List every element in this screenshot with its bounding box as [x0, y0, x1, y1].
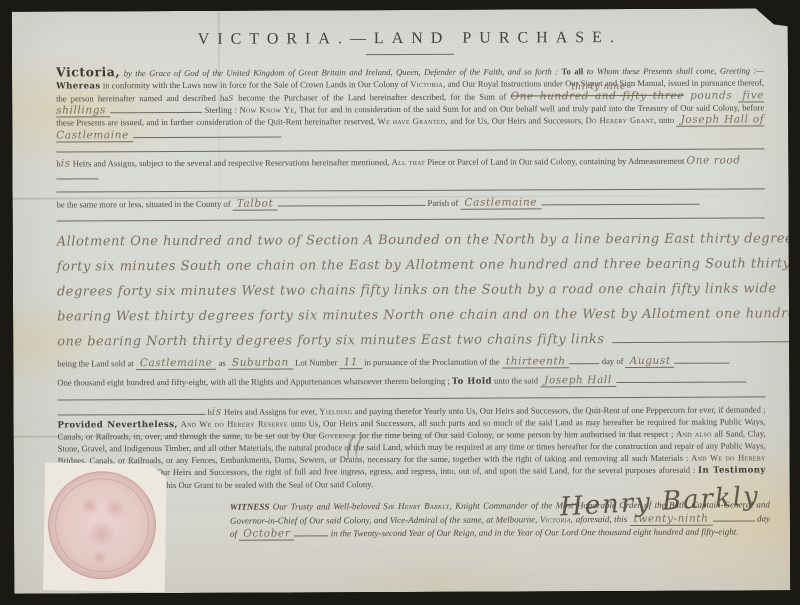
- blank-underline: [570, 355, 600, 364]
- preamble-paragraph: Victoria, by the Grace of God of the Uni…: [56, 63, 764, 142]
- text-segment: To all: [562, 66, 584, 76]
- document-content: VICTORIA.—LAND PURCHASE. Victoria, by th…: [12, 8, 790, 542]
- section-rule: [57, 396, 765, 400]
- text-segment: be the same more or less, situated in th…: [57, 199, 233, 210]
- text-segment: unto Us, Our Heirs and Successors, the r…: [121, 464, 698, 477]
- text-segment: is: [212, 406, 222, 418]
- blank-underline: [675, 355, 730, 364]
- text-segment: Sterling :: [202, 105, 239, 115]
- text-segment: Victoria,: [56, 64, 120, 79]
- blank-underline: [712, 512, 754, 521]
- land-grant-document: VICTORIA.—LAND PURCHASE. Victoria, by th…: [12, 8, 791, 593]
- handwritten-line: Allotment One hundred and two of Section…: [57, 227, 765, 255]
- text-segment: WITNESS: [230, 502, 270, 512]
- text-segment: and paying therefor Yearly unto Us, Our …: [352, 404, 765, 416]
- text-segment: Heirs and Assigns for ever,: [222, 406, 320, 416]
- blank-underline: [57, 406, 205, 416]
- embossed-seal-paper: [43, 462, 167, 592]
- blank-underline: [133, 129, 281, 139]
- text-segment: in conformity with the Laws now in force…: [101, 79, 411, 90]
- text-segment: Lot Number: [293, 357, 340, 367]
- text-segment: Parish of: [425, 198, 460, 208]
- text-segment: Piece or Parcel of Land in Our said Colo…: [425, 156, 687, 167]
- text-segment: All that: [392, 157, 425, 167]
- handwritten-line: forty six minutes South one chain on the…: [57, 252, 765, 280]
- document-title: VICTORIA.—LAND PURCHASE.: [56, 28, 764, 49]
- text-segment: being the Land sold at: [57, 358, 136, 368]
- text-segment: in the Twenty-second Year of Our Reign, …: [328, 527, 738, 539]
- text-segment: 11: [339, 356, 362, 369]
- section-rule: [57, 218, 765, 222]
- title-rule: [366, 54, 454, 55]
- text-segment: We have Granted,: [378, 116, 448, 126]
- county-parish-line: be the same more or less, situated in th…: [57, 196, 765, 212]
- text-segment: unto: [656, 115, 676, 125]
- to-hold-line: One thousand eight hundred and fifty-eig…: [57, 373, 765, 390]
- embossed-seal-circle: [47, 470, 157, 580]
- text-segment: Provided Nevertheless,: [58, 420, 178, 431]
- text-segment: for the time being of Our said Colony, o…: [356, 429, 676, 440]
- photo-background: VICTORIA.—LAND PURCHASE. Victoria, by th…: [0, 0, 800, 605]
- text-segment: Joseph Hall: [540, 374, 616, 387]
- text-segment: One hundred and fifty threethirty nine: [510, 89, 684, 102]
- text-segment: And We do Hereby Reserve: [181, 418, 288, 428]
- text-segment: Victoria,: [410, 79, 445, 89]
- handwritten-line: one bearing North thirty degrees forty s…: [57, 327, 765, 355]
- text-segment: Whereas: [56, 81, 101, 91]
- handwritten-line: bearing West thirty degrees forty six mi…: [57, 302, 765, 330]
- text-segment: Yielding: [319, 406, 352, 416]
- text-segment: unto the said: [492, 375, 540, 385]
- text-segment: To Hold: [452, 377, 492, 387]
- blank-underline: [56, 170, 98, 179]
- land-description-handwritten: Allotment One hundred and two of Section…: [57, 227, 766, 355]
- blank-underline: [294, 528, 328, 537]
- text-segment: to Whom these Presents shall come, Greet…: [583, 65, 764, 76]
- handwritten-line: degrees forty six minutes West two chain…: [57, 277, 765, 305]
- admeasurement-line: his Heirs and Assigns, subject to the se…: [56, 155, 764, 183]
- text-segment: August: [626, 355, 675, 368]
- text-segment: as: [216, 358, 228, 368]
- text-segment: Do Hereby Grant,: [586, 115, 657, 125]
- text-segment: is: [61, 157, 71, 169]
- interlined-correction: thirty nine: [571, 82, 626, 94]
- text-segment: One rood: [687, 154, 741, 166]
- text-segment: October: [239, 528, 294, 541]
- text-segment: Castlemaine: [460, 197, 541, 210]
- text-segment: Sir Henry Barkly,: [383, 501, 452, 511]
- text-segment: day of: [600, 356, 626, 366]
- blank-underline: [616, 373, 746, 383]
- text-segment: And also: [676, 429, 712, 439]
- sold-at-line: being the Land sold at Castlemaine as Su…: [57, 355, 765, 371]
- blank-underline: [110, 104, 202, 113]
- text-segment: Castlemaine: [136, 357, 217, 370]
- text-segment: Now Know Ye,: [239, 105, 296, 115]
- text-segment: and for Us, Our Heirs and Successors,: [448, 115, 586, 126]
- blank-underline: [541, 196, 699, 206]
- text-segment: Heirs and Assigns, subject to the severa…: [71, 157, 392, 168]
- blank-underline: [277, 197, 425, 207]
- text-segment: thirteenth: [502, 355, 570, 368]
- text-segment: by the Grace of God of the United Kingdo…: [120, 66, 561, 78]
- text-segment: Talbot: [233, 198, 278, 211]
- section-rule: [56, 148, 764, 152]
- text-segment: Suburban: [228, 357, 293, 370]
- text-segment: One thousand eight hundred and fifty-eig…: [57, 376, 452, 388]
- text-segment: become the Purchaser of the Land hereina…: [234, 91, 510, 102]
- text-segment: pounds: [684, 89, 738, 101]
- section-rule: [57, 189, 765, 193]
- text-segment: Our Trusty and Well-beloved: [269, 501, 383, 511]
- text-segment: in pursuance of the Proclamation of the: [362, 357, 502, 368]
